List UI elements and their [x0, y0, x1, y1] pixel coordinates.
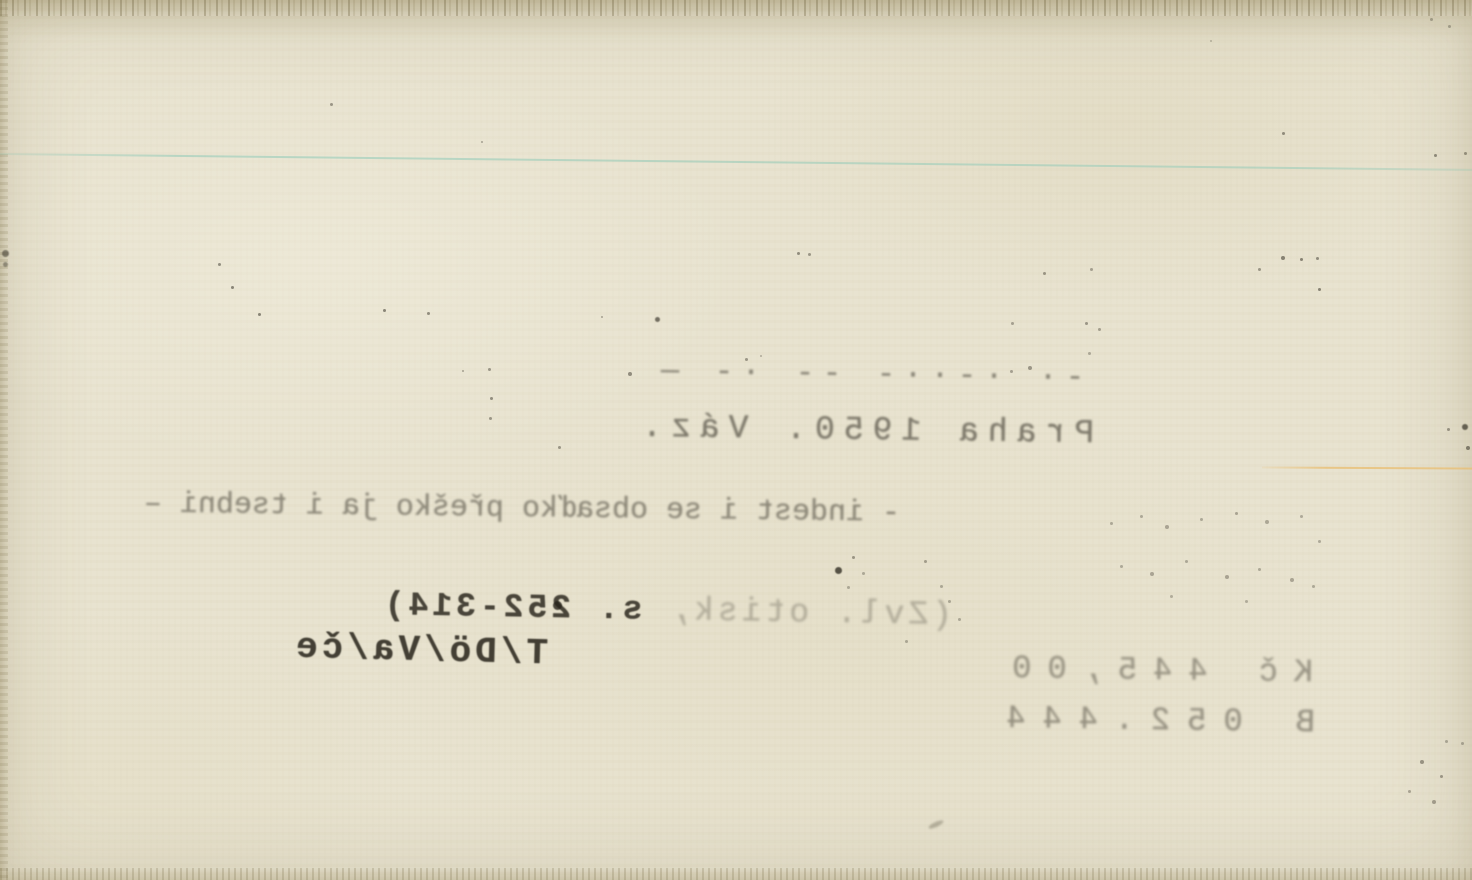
bleedthrough-price-line: Kč 445,00 — [991, 650, 1313, 691]
ink-speck — [218, 263, 221, 266]
ink-speck — [924, 560, 927, 563]
ink-speck — [1316, 257, 1319, 260]
bleedthrough-dash-row: -· ·-··- -- ·- — — [672, 355, 1084, 395]
ink-speck — [940, 585, 943, 588]
ink-speck — [330, 103, 333, 106]
ink-speck — [1318, 288, 1321, 291]
ink-speck — [2, 250, 9, 257]
ink-speck — [1281, 256, 1285, 260]
pencil-smudge — [928, 819, 945, 830]
ink-speck — [1185, 560, 1188, 563]
ink-speck — [1225, 575, 1229, 579]
ink-speck — [489, 417, 492, 420]
ink-speck — [490, 397, 493, 400]
ink-speck — [462, 370, 464, 372]
ink-speck — [427, 312, 430, 315]
ink-speck — [1140, 515, 1143, 518]
bleedthrough-signature-line: T/Dö/Va/če — [294, 627, 549, 675]
ink-speck — [1461, 742, 1464, 745]
ink-speck — [1466, 446, 1470, 450]
ink-speck — [558, 446, 561, 449]
ink-speck — [1408, 790, 1411, 793]
ink-speck — [1430, 18, 1433, 21]
ink-speck — [1434, 154, 1437, 157]
pages-line-faint-part: (Zvl. otisk, — [642, 592, 952, 634]
ink-speck — [1210, 40, 1212, 42]
ink-speck — [3, 262, 8, 267]
ink-speck — [1420, 760, 1424, 764]
ink-speck — [1165, 525, 1169, 529]
ink-speck — [1282, 132, 1285, 135]
ink-speck — [1085, 322, 1088, 325]
ink-speck — [1090, 268, 1093, 271]
ink-speck — [1170, 595, 1173, 598]
ink-speck — [1445, 740, 1448, 743]
ink-speck — [383, 309, 386, 312]
ink-speck — [958, 618, 961, 621]
bleedthrough-title-line: - indest i se obsaďko přeško ja i tsebni… — [136, 487, 900, 530]
bleedthrough-imprint-line: Praha 1950. Váz. — [634, 409, 1094, 452]
ink-speck — [1258, 568, 1261, 571]
ink-speck — [1300, 515, 1303, 518]
ink-speck — [852, 556, 855, 559]
ink-speck — [1462, 424, 1468, 430]
ink-speck — [1011, 322, 1014, 325]
left-scan-edge-artifact — [0, 0, 8, 880]
bottom-scan-edge-artifact — [0, 868, 1472, 880]
pages-line-bold-part: s. 252-314) — [380, 587, 642, 629]
ink-speck — [601, 316, 603, 318]
ink-speck — [1150, 572, 1154, 576]
ink-speck — [1318, 540, 1321, 543]
ink-speck — [488, 368, 491, 371]
ink-speck — [231, 286, 234, 289]
ink-speck — [1200, 518, 1203, 521]
ink-speck — [905, 640, 908, 643]
ink-speck — [1440, 775, 1443, 778]
ink-speck — [1265, 520, 1269, 524]
bleedthrough-pages-line: (Zvl. otisk, s. 252-314) — [378, 587, 953, 634]
ink-speck — [1312, 585, 1315, 588]
ink-speck — [481, 141, 483, 143]
ink-speck — [1235, 512, 1238, 515]
ink-speck — [655, 317, 660, 322]
ink-speck — [835, 567, 842, 574]
ink-speck — [1447, 428, 1450, 431]
ink-speck — [1088, 352, 1091, 355]
ink-speck — [1300, 258, 1303, 261]
top-edge-shading — [0, 16, 1472, 42]
ink-speck — [1043, 272, 1046, 275]
ink-speck — [1290, 578, 1294, 582]
top-scan-edge-artifact — [0, 0, 1472, 16]
ruled-line-orange — [1262, 466, 1472, 469]
ink-speck — [1098, 328, 1101, 331]
ink-speck — [808, 253, 811, 256]
paper-sheet: -· ·-··- -- ·- — Praha 1950. Váz. - inde… — [0, 0, 1472, 880]
ink-speck — [1448, 25, 1451, 28]
bleedthrough-accession-line: B 052.444 — [981, 700, 1315, 742]
ink-speck — [1258, 268, 1261, 271]
ink-speck — [847, 586, 850, 589]
ink-speck — [258, 313, 261, 316]
ruled-line-teal — [0, 153, 1472, 171]
ink-speck — [628, 372, 632, 376]
ink-speck — [1432, 800, 1436, 804]
ink-speck — [862, 572, 865, 575]
ink-speck — [1120, 565, 1123, 568]
ink-speck — [1464, 152, 1467, 155]
ink-speck — [1245, 600, 1248, 603]
ink-speck — [797, 252, 800, 255]
ink-speck — [1110, 522, 1113, 525]
